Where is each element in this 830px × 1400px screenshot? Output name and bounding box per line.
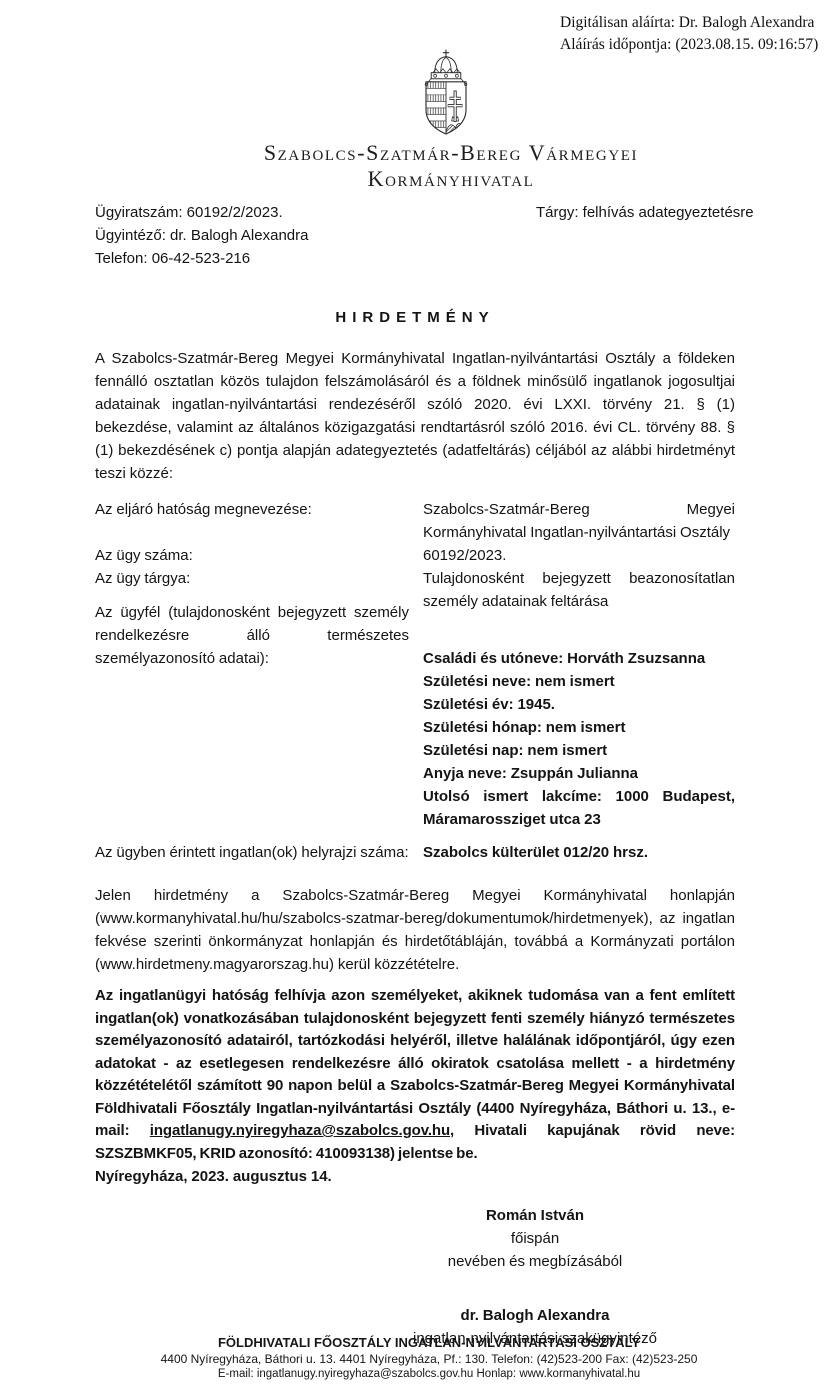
client-label: Az ügyfél (tulajdonosként bejegyzett sze… [95,601,423,831]
dateline: Nyíregyháza, 2023. augusztus 14. [95,1165,735,1188]
signer-primary-title: főispán [335,1227,735,1250]
stamp-timestamp: Aláírás időpontja: (2023.08.15. 09:16:57… [560,34,818,56]
case-details: Az eljáró hatóság megnevezése: Szabolcs-… [95,498,735,864]
client-birth-year: Születési év: 1945. [423,693,735,716]
email-link[interactable]: ingatlanugy.nyiregyhaza@szabolcs.gov.hu [150,1122,450,1139]
clerk-name: Ügyintéző: dr. Balogh Alexandra [95,224,308,247]
client-birth-day: Születési nap: nem ismert [423,739,735,762]
stamp-signer: Digitálisan aláírta: Dr. Balogh Alexandr… [560,12,818,34]
case-number-value: 60192/2023. [423,544,735,567]
parcel-value: Szabolcs külterület 012/20 hrsz. [423,841,735,864]
detail-row-client: Az ügyfél (tulajdonosként bejegyzett sze… [95,601,735,831]
client-last-address: Utolsó ismert lakcíme: 1000 Budapest, Má… [423,785,735,831]
case-number-label: Az ügy száma: [95,544,423,567]
client-family-name: Családi és utóneve: Horváth Zsuzsanna [423,647,735,670]
org-name-line2: Kormányhivatal [72,166,830,192]
signer-secondary-name: dr. Balogh Alexandra [335,1304,735,1327]
client-mother-name: Anyja neve: Zsuppán Julianna [423,762,735,785]
detail-row-parcel: Az ügyben érintett ingatlan(ok) helyrajz… [95,841,735,864]
detail-row-authority: Az eljáró hatóság megnevezése: Szabolcs-… [95,498,735,544]
authority-label: Az eljáró hatóság megnevezése: [95,498,423,544]
client-birth-name: Születési neve: nem ismert [423,670,735,693]
case-subject-value: Tulajdonosként bejegyzett beazonosítatla… [423,567,735,613]
phone-number: Telefon: 06-42-523-216 [95,247,308,270]
cta-text-before-email: Az ingatlanügyi hatóság felhívja azon sz… [95,987,735,1139]
signer-primary-name: Román István [335,1204,735,1227]
document-title: HIRDETMÉNY [0,309,830,326]
org-name-line1: Szabolcs-Szatmár-Bereg Vármegyei [72,140,830,166]
client-birth-month: Születési hónap: nem ismert [423,716,735,739]
digital-signature-stamp: Digitálisan aláírta: Dr. Balogh Alexandr… [560,12,818,56]
subject-line: Tárgy: felhívás adategyeztetésre [536,201,754,224]
document-page: Digitálisan aláírta: Dr. Balogh Alexandr… [0,0,830,1400]
document-body: A Szabolcs-Szatmár-Bereg Megyei Kormányh… [95,347,735,1350]
signature-block-primary: Román István főispán nevében és megbízás… [95,1204,735,1273]
hungary-coat-of-arms-icon [406,46,486,142]
footer-address-phone: 4400 Nyíregyháza, Báthori u. 13. 4401 Ny… [28,1351,830,1367]
meta-block: Ügyiratszám: 60192/2/2023. Ügyintéző: dr… [95,201,308,270]
page-footer: FÖLDHIVATALI FŐOSZTÁLY INGATLAN-NYILVÁNT… [0,1334,830,1382]
detail-row-case-number: Az ügy száma: 60192/2023. [95,544,735,567]
call-to-action-paragraph: Az ingatlanügyi hatóság felhívja azon sz… [95,985,735,1165]
client-data: Családi és utóneve: Horváth Zsuzsanna Sz… [423,647,735,831]
org-name: Szabolcs-Szatmár-Bereg Vármegyei Kormány… [0,140,830,192]
case-number: Ügyiratszám: 60192/2/2023. [95,201,308,224]
footer-email-web: E-mail: ingatlanugy.nyiregyhaza@szabolcs… [28,1367,830,1382]
signer-primary-note: nevében és megbízásából [335,1250,735,1273]
authority-value: Szabolcs-Szatmár-Bereg Megyei Kormányhiv… [423,498,735,544]
intro-paragraph: A Szabolcs-Szatmár-Bereg Megyei Kormányh… [95,347,735,485]
footer-department: FÖLDHIVATALI FŐOSZTÁLY INGATLAN-NYILVÁNT… [28,1334,830,1351]
parcel-label: Az ügyben érintett ingatlan(ok) helyrajz… [95,841,423,864]
publication-paragraph: Jelen hirdetmény a Szabolcs-Szatmár-Bere… [95,884,735,976]
